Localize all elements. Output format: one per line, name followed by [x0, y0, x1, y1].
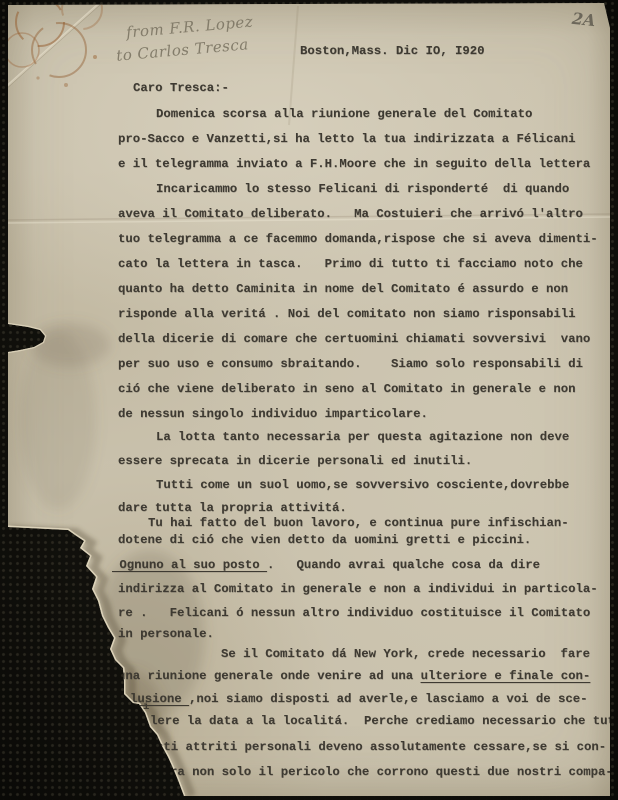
- typo-correction-superscript: i: [143, 701, 149, 713]
- letter-line: de nessun singolo individuo imparticolar…: [118, 407, 428, 422]
- letter-line: Tutti come un suol uomo,se sovversivo co…: [156, 478, 569, 493]
- date-line: Boston,Mass. Dic IO, I920: [300, 44, 484, 59]
- letter-line: essere sprecata in dicerie personali ed …: [118, 454, 472, 469]
- letter-line: Ognuno al suo posto . Quando avrai qualc…: [112, 558, 540, 573]
- scanned-letter: from F.R. Lopez to Carlos Tresca 2A Bost…: [0, 0, 618, 800]
- letter-line: quanto ha detto Caminita in nome del Com…: [118, 282, 568, 297]
- crease-line: [0, 0, 112, 96]
- salutation: Caro Tresca:-: [133, 81, 229, 96]
- letter-line: lusione ,noi siamo disposti ad averle,e …: [130, 692, 588, 707]
- letter-line: Incaricammo lo stesso Felicani di rispon…: [156, 182, 569, 197]
- letter-line: ra non solo il pericolo che corrono ques…: [170, 765, 613, 780]
- rust-ring-stains: [5, 0, 102, 87]
- letter-line: e il telegramma inviato a F.H.Moore che …: [118, 157, 590, 172]
- letter-line: Domenica scorsa alla riunione generale d…: [156, 107, 532, 122]
- crease-line: [0, 0, 110, 99]
- wrinkle-shadow: [30, 323, 110, 367]
- letter-line: cato la lettera in tasca. Primo di tutto…: [118, 257, 583, 272]
- letter-line: risponde alla veritá . Noi del comitato …: [118, 307, 576, 322]
- letter-line: ció che viene deliberato in seno al Comi…: [118, 382, 576, 397]
- letter-line: Se il Comitato dá New York, crede necess…: [221, 647, 590, 662]
- letter-line: indirizza al Comitato in generale e non …: [118, 582, 598, 597]
- letter-line: della dicerie di comare che certuomini c…: [118, 332, 590, 347]
- letter-line: una riunione generale onde venire ad una…: [118, 669, 590, 684]
- letter-line: aveva il Comitato deliberato. Ma Costuie…: [118, 207, 583, 222]
- letter-line: tuo telegramma a ce facemmo domanda,risp…: [118, 232, 598, 247]
- wrinkle-shadow: [20, 330, 96, 510]
- letter-line: Tu hai fatto del buon lavoro, e continua…: [148, 516, 569, 531]
- letter-line: dare tutta la propria attivitá.: [118, 501, 347, 516]
- letter-line: in personale.: [118, 627, 214, 642]
- page-number-annotation: 2A: [571, 9, 596, 30]
- letter-line: La lotta tanto necessaria per questa agi…: [156, 430, 569, 445]
- letter-line: sti attriti personali deveno assolutamen…: [156, 740, 606, 755]
- letter-line: re . Felicani ó nessun altro individuo c…: [118, 606, 590, 621]
- letter-line: lere la data a la localitá. Perche credi…: [150, 714, 618, 729]
- letter-line: dotene di ció che vien detto da uomini g…: [118, 533, 531, 548]
- letter-line: pro-Sacco e Vanzetti,si ha letto la tua …: [118, 132, 576, 147]
- letter-line: per suo uso e consumo sbraitando. Siamo …: [118, 357, 583, 372]
